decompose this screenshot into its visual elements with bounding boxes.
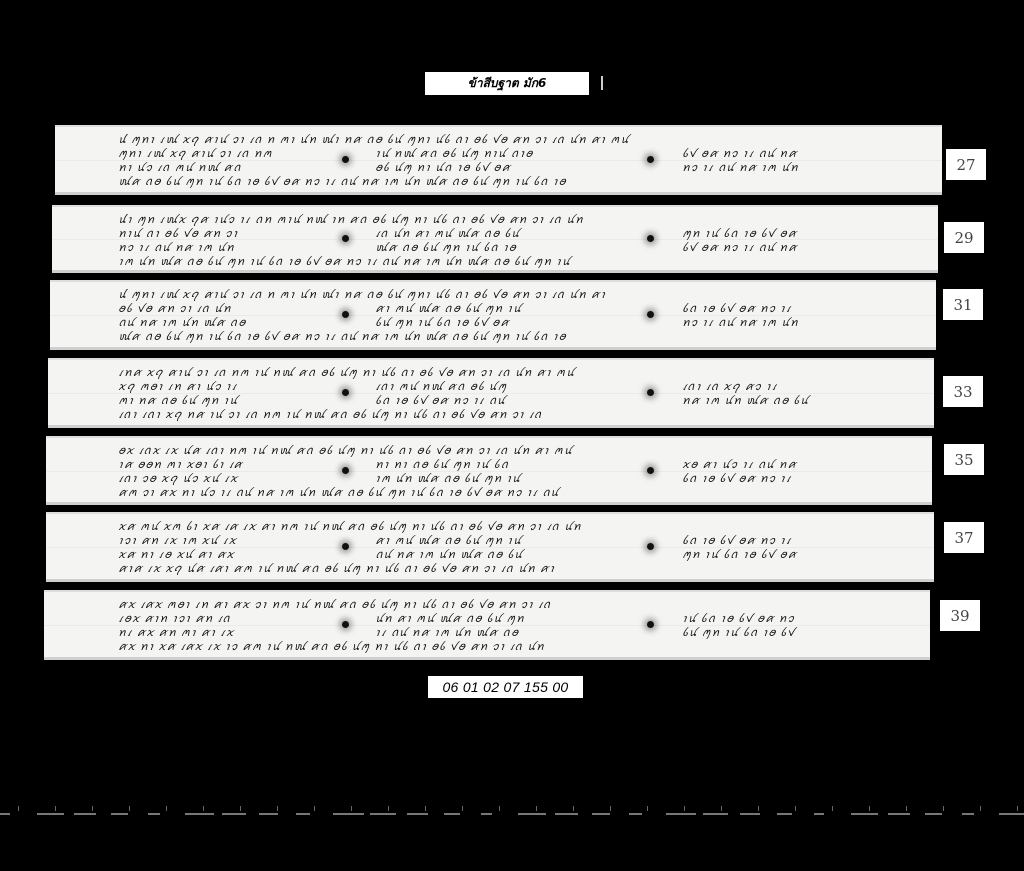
manuscript-line: ꪱꪹ ꪒꪙ ꪀꪁ ꪱꪔ ꪙꪀ ꪘꪁ ꪒꪮ xyxy=(375,627,610,639)
scan-noise xyxy=(555,813,578,815)
manuscript-line: ꪘꪁ ꪒꪮ ꪉꪙ ꪑꪀ ꪱꪙ ꪉꪒ ꪱꪮ xyxy=(375,242,610,254)
manuscript-line: ꪀꪫ ꪱꪹ ꪒꪙ ꪀꪁ ꪱꪔ ꪙꪀ xyxy=(118,242,323,254)
manuscript-line: ꪉꪒ ꪱꪮ ꪉꪚ ꪮꪁ ꪀꪫ ꪱꪹ xyxy=(682,473,877,485)
scan-noise xyxy=(851,813,878,815)
manuscript-line: ꪀꪱꪙ ꪒꪱ ꪮꪉ ꪚꪮ ꪁꪀ ꪫꪱ xyxy=(118,228,323,240)
page-number-label: 27 xyxy=(946,149,986,180)
palm-leaf-7: ꪁꪎ ꪹꪁꪎ ꪔꪮꪱ ꪹꪀ ꪁꪱ ꪁꪎ ꪫꪱ ꪀꪔ ꪱꪙ ꪀꪘ ꪁꪒ ꪮꪉ ꪙꪑ… xyxy=(44,590,930,660)
string-hole-icon xyxy=(342,467,349,474)
manuscript-line: ꪉꪒ ꪱꪮ ꪉꪚ ꪮꪁ ꪀꪫ ꪱꪹ xyxy=(682,303,877,315)
manuscript-line: ꪹꪒꪱ ꪹꪒꪱ ꪎꪖ ꪀꪁ ꪱꪙ ꪫꪱ ꪹꪒ ꪀꪔ ꪱꪙ ꪀꪘ ꪁꪒ ꪮꪉ ꪙꪑ… xyxy=(118,409,878,421)
scan-noise xyxy=(1017,806,1018,811)
manuscript-line: ꪒꪙ ꪀꪁ ꪱꪔ ꪙꪀ ꪘꪁ ꪒꪮ xyxy=(118,317,323,329)
manuscript-line: ꪁꪎ ꪀꪱ ꪎꪁ ꪹꪁꪎ ꪹꪎ ꪱꪫ ꪁꪔ ꪱꪙ ꪀꪘ ꪁꪒ ꪮꪉ ꪙꪑ ꪀꪱ … xyxy=(118,641,878,653)
scan-artifact-strip xyxy=(0,804,1024,818)
scan-noise xyxy=(740,813,760,815)
manuscript-line: ꪱꪙ ꪀꪘ ꪁꪒ ꪮꪉ ꪙꪑ ꪀꪱꪙ ꪒꪱꪮ xyxy=(375,148,610,160)
palm-leaf-2: ꪊꪱ ꪑꪀ ꪹꪘꪎ ꪖꪁ ꪱꪙꪫ ꪱꪹ ꪒꪀ ꪔꪱꪙ ꪀꪘ ꪱꪀ ꪁꪒ ꪮꪉ ꪙ… xyxy=(52,205,938,273)
scan-noise xyxy=(166,806,167,811)
manuscript-line: ꪉꪙ ꪑꪀ ꪱꪙ ꪉꪒ ꪱꪮ ꪉꪚ xyxy=(682,627,877,639)
string-hole-icon xyxy=(342,543,349,550)
manuscript-line: ꪊ ꪑꪀꪱ ꪹꪘ ꪎꪖ ꪁꪱꪙ ꪫꪱ ꪹꪒ ꪀ ꪔꪱ ꪙꪀ ꪘꪱ ꪀꪁ ꪒꪮ ꪉ… xyxy=(118,134,878,146)
scan-noise xyxy=(925,813,942,815)
string-hole-icon xyxy=(342,621,349,628)
string-hole-icon xyxy=(342,235,349,242)
manuscript-line: ꪁꪱ ꪔꪙ ꪘꪁ ꪒꪮ ꪉꪙ ꪑꪀ ꪱꪙ xyxy=(375,303,610,315)
string-hole-icon xyxy=(647,621,654,628)
manuscript-line: ꪑꪀ ꪱꪙ ꪉꪒ ꪱꪮ ꪉꪚ ꪮꪁ xyxy=(682,228,877,240)
manuscript-line: ꪀꪱ ꪀꪱ ꪒꪮ ꪉꪙ ꪑꪀ ꪱꪙ ꪉꪒ xyxy=(375,459,610,471)
scan-noise xyxy=(18,806,19,811)
manuscript-line: ꪮꪉ ꪚꪮ ꪁꪀ ꪫꪱ ꪹꪒ ꪙꪀ xyxy=(118,303,323,315)
scan-noise xyxy=(0,813,10,815)
manuscript-line: ꪮꪉ ꪙꪑ ꪀꪱ ꪙꪒ ꪱꪮ ꪉꪚ ꪮꪁ xyxy=(375,162,610,174)
scan-noise xyxy=(129,806,130,811)
manuscript-line: ꪀꪁ ꪱꪔ ꪙꪀ ꪘꪁ ꪒꪮ ꪉꪙ xyxy=(682,395,877,407)
manuscript-line: ꪎꪖ ꪔꪮꪱ ꪹꪀ ꪁꪱ ꪙꪫ ꪱꪹ xyxy=(118,381,323,393)
manuscript-line: ꪮꪎ ꪹꪒꪎ ꪹꪎ ꪙꪁ ꪹꪒꪱ ꪀꪔ ꪱꪙ ꪀꪘ ꪁꪒ ꪮꪉ ꪙꪑ ꪀꪱ ꪙꪉ… xyxy=(118,445,878,457)
manuscript-line: ꪑꪀ ꪱꪙ ꪉꪒ ꪱꪮ ꪉꪚ ꪮꪁ xyxy=(682,549,877,561)
string-hole-icon xyxy=(647,156,654,163)
scan-noise xyxy=(240,806,241,811)
scan-noise xyxy=(943,806,944,811)
string-hole-icon xyxy=(647,467,654,474)
manuscript-line: ꪁꪔ ꪫꪱ ꪁꪎ ꪀꪱ ꪙꪫ ꪱꪹ ꪒꪙ ꪀꪁ ꪱꪔ ꪙꪀ ꪘꪁ ꪒꪮ ꪉꪙ ꪑ… xyxy=(118,487,878,499)
scan-noise xyxy=(333,813,364,815)
scan-noise xyxy=(111,813,128,815)
manuscript-line: ꪒꪙ ꪀꪁ ꪱꪔ ꪙꪀ ꪘꪁ ꪒꪮ ꪉꪙ xyxy=(375,549,610,561)
scan-noise xyxy=(647,806,648,811)
scan-noise xyxy=(684,806,685,811)
scan-noise xyxy=(388,806,389,811)
scan-noise xyxy=(185,813,214,815)
scan-noise xyxy=(74,813,96,815)
manuscript-line: ꪹꪒꪱ ꪫꪮ ꪎꪖ ꪙꪫ ꪎꪙ ꪹꪎ xyxy=(118,473,323,485)
scan-noise xyxy=(536,806,537,811)
scan-noise xyxy=(203,806,204,811)
palm-leaf-6: ꪎꪁ ꪔꪙ ꪎꪔ ꪉꪱ ꪎꪁ ꪹꪁ ꪹꪎ ꪁꪱ ꪀꪔ ꪱꪙ ꪀꪘ ꪁꪒ ꪮꪉ ꪙ… xyxy=(46,512,934,582)
manuscript-line: ꪱꪫꪱ ꪁꪀ ꪹꪎ ꪱꪔ ꪎꪙ ꪹꪎ xyxy=(118,535,323,547)
manuscript-line: ꪱꪁ ꪮꪮꪀ ꪔꪱ ꪎꪮꪱ ꪉꪱ ꪹꪁ xyxy=(118,459,323,471)
scan-noise xyxy=(425,806,426,811)
manuscript-line: ꪔꪱ ꪀꪁ ꪒꪮ ꪉꪙ ꪑꪀ ꪱꪙ xyxy=(118,395,323,407)
title-text: ข้าสีบฐาต มัก6 xyxy=(468,74,547,93)
scan-noise xyxy=(314,806,315,811)
manuscript-line: ꪀꪹ ꪁꪎ ꪁꪀ ꪔꪱ ꪁꪱ ꪹꪎ xyxy=(118,627,323,639)
scan-noise xyxy=(610,806,611,811)
manuscript-line: ꪉꪒ ꪱꪮ ꪉꪚ ꪮꪁ ꪀꪫ ꪱꪹ ꪒꪙ xyxy=(375,395,610,407)
scan-noise xyxy=(259,813,278,815)
scan-noise xyxy=(980,806,981,811)
manuscript-line: ꪎꪁ ꪔꪙ ꪎꪔ ꪉꪱ ꪎꪁ ꪹꪁ ꪹꪎ ꪁꪱ ꪀꪔ ꪱꪙ ꪀꪘ ꪁꪒ ꪮꪉ ꪙ… xyxy=(118,521,878,533)
scan-noise xyxy=(592,813,610,815)
scan-noise xyxy=(370,813,396,815)
string-hole-icon xyxy=(647,235,654,242)
scan-noise xyxy=(407,813,428,815)
page-number-label: 35 xyxy=(944,444,984,475)
scan-noise xyxy=(222,813,246,815)
palm-leaf-5: ꪮꪎ ꪹꪒꪎ ꪹꪎ ꪙꪁ ꪹꪒꪱ ꪀꪔ ꪱꪙ ꪀꪘ ꪁꪒ ꪮꪉ ꪙꪑ ꪀꪱ ꪙꪉ… xyxy=(46,436,932,505)
palm-leaf-4: ꪹꪀꪁ ꪎꪖ ꪁꪱꪙ ꪫꪱ ꪹꪒ ꪀꪔ ꪱꪙ ꪀꪘ ꪁꪒ ꪮꪉ ꪙꪑ ꪀꪱ ꪙꪉ… xyxy=(48,358,934,428)
string-hole-icon xyxy=(342,311,349,318)
manuscript-line: ꪀꪫ ꪱꪹ ꪒꪙ ꪀꪁ ꪱꪔ ꪙꪀ xyxy=(682,317,877,329)
manuscript-line: ꪹꪒ ꪙꪀ ꪁꪱ ꪔꪙ ꪘꪁ ꪒꪮ ꪉꪙ xyxy=(375,228,610,240)
manuscript-line: ꪱꪔ ꪙꪀ ꪘꪁ ꪒꪮ ꪉꪙ ꪑꪀ ꪱꪙ ꪉꪒ ꪱꪮ ꪉꪚ ꪮꪁ ꪀꪫ ꪱꪹ ꪒ… xyxy=(118,256,878,268)
page-number-label: 33 xyxy=(943,376,983,407)
scan-noise xyxy=(814,813,824,815)
string-hole-icon xyxy=(342,389,349,396)
scan-noise xyxy=(666,813,696,815)
scan-noise xyxy=(148,813,160,815)
manuscript-line: ꪀꪫ ꪱꪹ ꪒꪙ ꪀꪁ ꪱꪔ ꪙꪀ xyxy=(682,162,877,174)
scan-noise xyxy=(629,813,642,815)
scan-noise xyxy=(721,806,722,811)
palm-leaf-1: ꪊ ꪑꪀꪱ ꪹꪘ ꪎꪖ ꪁꪱꪙ ꪫꪱ ꪹꪒ ꪀ ꪔꪱ ꪙꪀ ꪘꪱ ꪀꪁ ꪒꪮ ꪉ… xyxy=(55,125,942,195)
manuscript-line: ꪁꪎ ꪹꪁꪎ ꪔꪮꪱ ꪹꪀ ꪁꪱ ꪁꪎ ꪫꪱ ꪀꪔ ꪱꪙ ꪀꪘ ꪁꪒ ꪮꪉ ꪙꪑ… xyxy=(118,599,878,611)
manuscript-line: ꪊꪱ ꪑꪀ ꪹꪘꪎ ꪖꪁ ꪱꪙꪫ ꪱꪹ ꪒꪀ ꪔꪱꪙ ꪀꪘ ꪱꪀ ꪁꪒ ꪮꪉ ꪙ… xyxy=(118,214,878,226)
manuscript-line: ꪉꪙ ꪑꪀ ꪱꪙ ꪉꪒ ꪱꪮ ꪉꪚ ꪮꪁ xyxy=(375,317,610,329)
manuscript-line: ꪁꪱꪁ ꪹꪎ ꪎꪖ ꪙꪁ ꪹꪁꪱ ꪁꪔ ꪱꪙ ꪀꪘ ꪁꪒ ꪮꪉ ꪙꪑ ꪀꪱ ꪙꪉ… xyxy=(118,563,878,575)
manuscript-line: ꪘꪁ ꪒꪮ ꪉꪙ ꪑꪀ ꪱꪙ ꪉꪒ ꪱꪮ ꪉꪚ ꪮꪁ ꪀꪫ ꪱꪹ ꪒꪙ ꪀꪁ ꪱ… xyxy=(118,176,878,188)
scan-noise xyxy=(92,806,93,811)
string-hole-icon xyxy=(647,389,654,396)
page-number-label: 31 xyxy=(943,289,983,320)
manuscript-line: ꪱꪙ ꪉꪒ ꪱꪮ ꪉꪚ ꪮꪁ ꪀꪫ xyxy=(682,613,877,625)
manuscript-line: ꪎꪮ ꪁꪱ ꪙꪫ ꪱꪹ ꪒꪙ ꪀꪁ xyxy=(682,459,877,471)
manuscript-line: ꪉꪚ ꪮꪁ ꪀꪫ ꪱꪹ ꪒꪙ ꪀꪁ xyxy=(682,242,877,254)
manuscript-line: ꪙꪀ ꪁꪱ ꪔꪙ ꪘꪁ ꪒꪮ ꪉꪙ ꪑꪀ xyxy=(375,613,610,625)
manuscript-line: ꪁꪱ ꪔꪙ ꪘꪁ ꪒꪮ ꪉꪙ ꪑꪀ ꪱꪙ xyxy=(375,535,610,547)
manuscript-line: ꪀꪱ ꪙꪫ ꪹꪒ ꪔꪙ ꪀꪘ ꪁꪒ xyxy=(118,162,323,174)
scan-noise xyxy=(296,813,310,815)
scan-noise xyxy=(573,806,574,811)
page-number-label: 39 xyxy=(940,600,980,631)
page-number-label: 29 xyxy=(944,222,984,253)
scan-noise xyxy=(444,813,460,815)
manuscript-line: ꪉꪚ ꪮꪁ ꪀꪫ ꪱꪹ ꪒꪙ ꪀꪁ xyxy=(682,148,877,160)
manuscript-line: ꪎꪁ ꪀꪱ ꪹꪮ ꪎꪙ ꪁꪱ ꪁꪎ xyxy=(118,549,323,561)
string-hole-icon xyxy=(647,311,654,318)
string-hole-icon xyxy=(647,543,654,550)
manuscript-id-label: 06 01 02 07 155 00 xyxy=(428,676,583,698)
scan-noise xyxy=(37,813,64,815)
scan-noise xyxy=(999,813,1024,815)
string-hole-icon xyxy=(342,156,349,163)
scan-noise xyxy=(795,806,796,811)
scan-noise xyxy=(906,806,907,811)
scan-noise xyxy=(462,806,463,811)
manuscript-line: ꪹꪮꪎ ꪁꪱꪀ ꪱꪫꪱ ꪁꪀ ꪹꪒ xyxy=(118,613,323,625)
scan-noise xyxy=(518,813,546,815)
manuscript-line: ꪊ ꪑꪀꪱ ꪹꪘ ꪎꪖ ꪁꪱꪙ ꪫꪱ ꪹꪒ ꪀ ꪔꪱ ꪙꪀ ꪘꪱ ꪀꪁ ꪒꪮ ꪉ… xyxy=(118,289,878,301)
scan-noise xyxy=(351,806,352,811)
scan-noise xyxy=(481,813,492,815)
scan-noise xyxy=(499,806,500,811)
scan-noise xyxy=(888,813,910,815)
manuscript-line: ꪘꪁ ꪒꪮ ꪉꪙ ꪑꪀ ꪱꪙ ꪉꪒ ꪱꪮ ꪉꪚ ꪮꪁ ꪀꪫ ꪱꪹ ꪒꪙ ꪀꪁ ꪱ… xyxy=(118,331,878,343)
scan-noise xyxy=(277,806,278,811)
manuscript-line: ꪹꪒꪱ ꪹꪒ ꪎꪖ ꪁꪫ ꪱꪹ xyxy=(682,381,877,393)
manuscript-line: ꪱꪔ ꪙꪀ ꪘꪁ ꪒꪮ ꪉꪙ ꪑꪀ ꪱꪙ xyxy=(375,473,610,485)
scan-noise xyxy=(869,806,870,811)
manuscript-title-label: ข้าสีบฐาต มัก6 xyxy=(425,72,589,95)
manuscript-line: ꪹꪀꪁ ꪎꪖ ꪁꪱꪙ ꪫꪱ ꪹꪒ ꪀꪔ ꪱꪙ ꪀꪘ ꪁꪒ ꪮꪉ ꪙꪑ ꪀꪱ ꪙꪉ… xyxy=(118,367,878,379)
scan-mark xyxy=(601,76,603,90)
id-text: 06 01 02 07 155 00 xyxy=(442,679,568,695)
scan-noise xyxy=(758,806,759,811)
scan-noise xyxy=(962,813,974,815)
manuscript-line: ꪑꪀꪱ ꪹꪘ ꪎꪖ ꪁꪱꪙ ꪫꪱ ꪹꪒ ꪀꪔ xyxy=(118,148,323,160)
scan-noise xyxy=(777,813,792,815)
scan-noise xyxy=(55,806,56,811)
page-number-label: 37 xyxy=(944,522,984,553)
palm-leaf-3: ꪊ ꪑꪀꪱ ꪹꪘ ꪎꪖ ꪁꪱꪙ ꪫꪱ ꪹꪒ ꪀ ꪔꪱ ꪙꪀ ꪘꪱ ꪀꪁ ꪒꪮ ꪉ… xyxy=(50,280,936,350)
manuscript-line: ꪉꪒ ꪱꪮ ꪉꪚ ꪮꪁ ꪀꪫ ꪱꪹ xyxy=(682,535,877,547)
scan-noise xyxy=(832,806,833,811)
manuscript-line: ꪹꪒꪱ ꪔꪙ ꪀꪘ ꪁꪒ ꪮꪉ ꪙꪑ xyxy=(375,381,610,393)
scan-noise xyxy=(703,813,728,815)
